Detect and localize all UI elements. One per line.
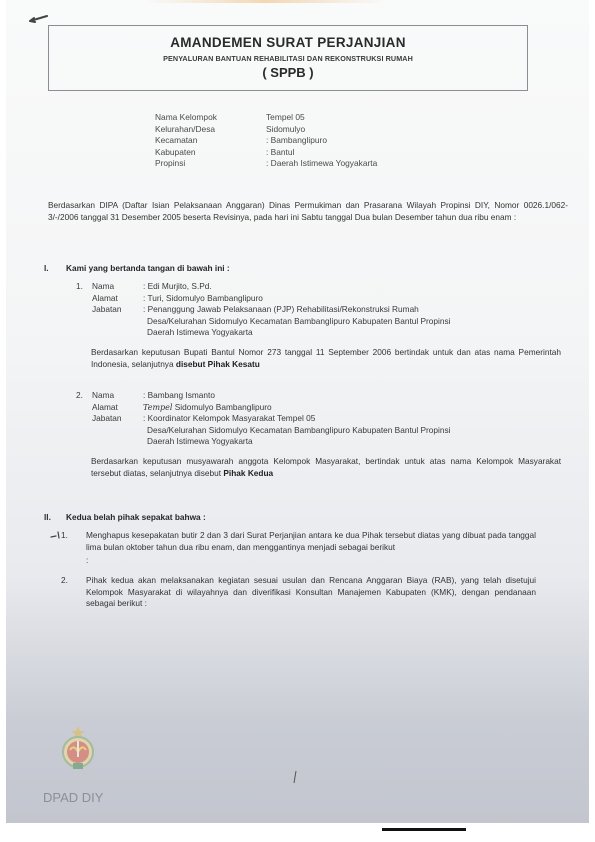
item-text: Pihak kedua akan melaksanakan kegiatan s… <box>86 575 536 610</box>
party-name: : Edi Murjito, S.Pd. <box>143 281 583 293</box>
info-row: Kelurahan/Desa Sidomulyo <box>155 124 377 136</box>
field-label: Nama <box>92 281 143 293</box>
info-value: Tempel 05 <box>266 112 305 124</box>
document-page: AMANDEMEN SURAT PERJANJIAN PENYALURAN BA… <box>6 0 589 823</box>
party-1: 1. Nama : Edi Murjito, S.Pd. Alamat : Tu… <box>76 281 583 339</box>
item-number: 2. <box>61 575 68 587</box>
party-number: 2. <box>76 390 92 402</box>
info-value: : Bambanglipuro <box>266 135 327 147</box>
party-position: : Koordinator Kelompok Masyarakat Tempel… <box>143 413 583 425</box>
document-subtitle: PENYALURAN BANTUAN REHABILITASI DAN REKO… <box>49 54 527 63</box>
info-row: Propinsi : Daerah Istimewa Yogyakarta <box>155 158 377 170</box>
party-position-line: Desa/Kelurahan Sidomulyo Kecamatan Bamba… <box>76 316 583 328</box>
info-row: Kecamatan : Bambanglipuro <box>155 135 377 147</box>
pen-stroke-mark <box>293 770 297 784</box>
info-label: Propinsi <box>155 158 266 170</box>
document-title: AMANDEMEN SURAT PERJANJIAN <box>49 35 527 50</box>
field-label: Nama <box>92 390 143 402</box>
party-2: 2. Nama : Bambang Ismanto Alamat Tempel … <box>76 390 583 448</box>
pen-arrow-mark <box>26 14 48 24</box>
declaration-bold: disebut Pihak Kesatu <box>176 359 260 369</box>
party-position-line: Daerah Istimewa Yogyakarta <box>76 327 583 339</box>
declaration-text: Berdasarkan keputusan musyawarah anggota… <box>91 456 561 478</box>
party-name: : Bambang Ismanto <box>143 390 583 402</box>
item-trailing-colon: : <box>86 555 536 567</box>
party-position: : Penanggung Jawab Pelaksanaan (PJP) Reh… <box>143 304 583 316</box>
agreement-item-2: 2. Pihak kedua akan melaksanakan kegiata… <box>61 575 561 615</box>
field-label: Jabatan <box>92 413 143 425</box>
section-1-number: I. <box>44 263 49 273</box>
info-label: Kecamatan <box>155 135 266 147</box>
agreement-item-1: 1. Menghapus kesepakatan butir 2 dan 3 d… <box>61 530 561 570</box>
section-1-heading: Kami yang bertanda tangan di bawah ini : <box>66 263 230 275</box>
item-text: Menghapus kesepakatan butir 2 dan 3 dari… <box>86 530 536 552</box>
handwritten-address: Tempel <box>143 403 172 412</box>
document-code: ( SPPB ) <box>49 65 527 80</box>
field-label: Jabatan <box>92 304 143 316</box>
party-position-line: Desa/Kelurahan Sidomulyo Kecamatan Bamba… <box>76 425 583 437</box>
declaration-text: Berdasarkan keputusan Bupati Bantul Nomo… <box>91 347 561 369</box>
info-value: Sidomulyo <box>266 124 305 136</box>
info-value: : Bantul <box>266 147 294 159</box>
party-1-declaration: Berdasarkan keputusan Bupati Bantul Nomo… <box>91 347 561 370</box>
field-label: Alamat <box>92 293 143 305</box>
info-row: Kabupaten : Bantul <box>155 147 377 159</box>
party-position-line: Daerah Istimewa Yogyakarta <box>76 436 583 448</box>
info-value: : Daerah Istimewa Yogyakarta <box>266 158 377 170</box>
document-header-box: AMANDEMEN SURAT PERJANJIAN PENYALURAN BA… <box>48 25 528 91</box>
party-number: 1. <box>76 281 92 293</box>
party-address: Tempel Sidomulyo Bambanglipuro <box>143 402 583 414</box>
group-info: Nama Kelompok Tempel 05 Kelurahan/Desa S… <box>155 112 377 170</box>
info-label: Kabupaten <box>155 147 266 159</box>
section-2-heading: Kedua belah pihak sepakat bahwa : <box>66 512 206 524</box>
dpad-emblem-icon <box>58 726 98 774</box>
address-text: Sidomulyo Bambanglipuro <box>172 402 271 412</box>
item-number: 1. <box>61 530 68 542</box>
info-row: Nama Kelompok Tempel 05 <box>155 112 377 124</box>
info-label: Kelurahan/Desa <box>155 124 266 136</box>
info-label: Nama Kelompok <box>155 112 266 124</box>
black-bar-mark <box>382 828 466 831</box>
watermark-text: DPAD DIY <box>43 790 103 805</box>
intro-paragraph: Berdasarkan DIPA (Daftar Isian Pelaksana… <box>48 200 568 223</box>
party-2-declaration: Berdasarkan keputusan musyawarah anggota… <box>91 456 561 479</box>
declaration-bold: Pihak Kedua <box>223 468 273 478</box>
field-label: Alamat <box>92 402 143 414</box>
section-2-number: II. <box>44 512 51 522</box>
party-address: : Turi, Sidomulyo Bambanglipuro <box>143 293 583 305</box>
